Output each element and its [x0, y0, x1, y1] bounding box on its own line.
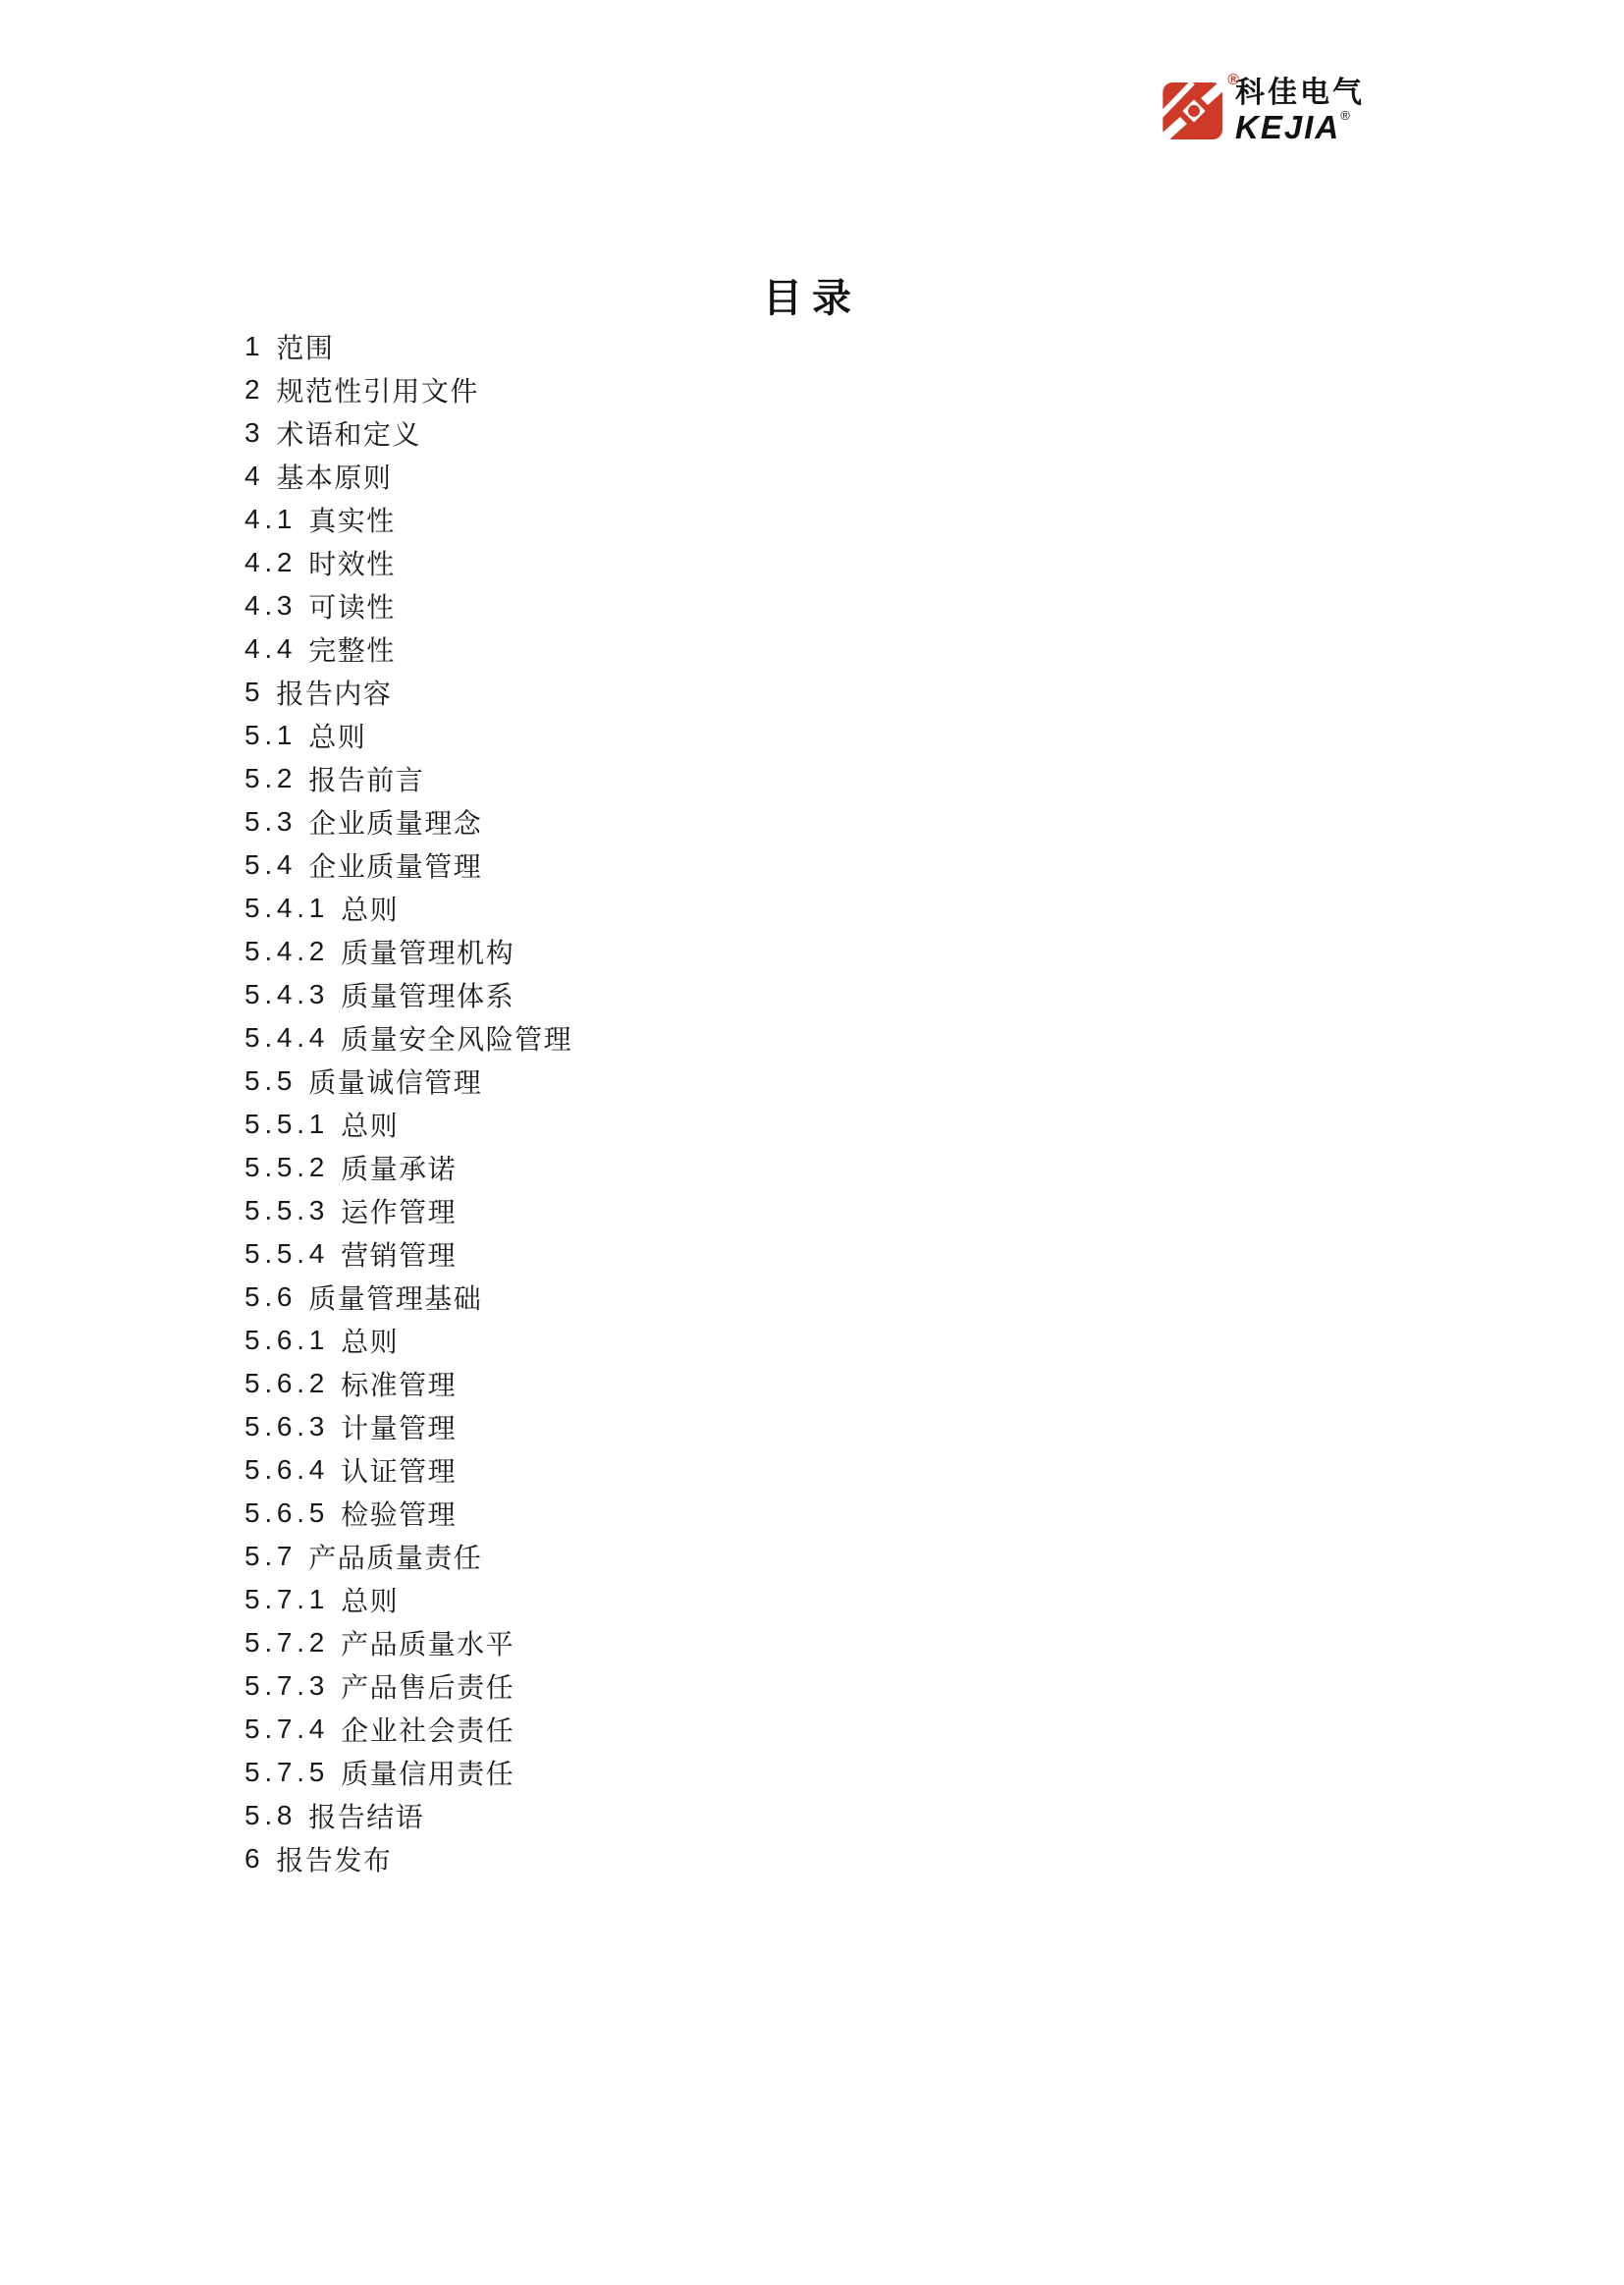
- toc-entry: 5.5.3 运作管理: [244, 1189, 572, 1232]
- toc-entry: 5.1 总则: [244, 714, 572, 757]
- toc-entry-number: 5.8: [244, 1800, 297, 1831]
- toc-entry: 4.3 可读性: [244, 584, 572, 627]
- toc-entry-title: 认证管理: [341, 1450, 457, 1490]
- toc-entry: 5.8 报告结语: [244, 1794, 572, 1837]
- toc-entry: 5.7.5 质量信用责任: [244, 1751, 572, 1794]
- toc-entry-number: 5.2: [244, 763, 297, 794]
- toc-entry-number: 5.6.4: [244, 1454, 329, 1486]
- kejia-logo-mark-icon: [1161, 79, 1227, 143]
- toc-entry: 4.1 真实性: [244, 498, 572, 541]
- toc-entry-title: 质量管理机构: [341, 932, 514, 971]
- toc-entry-title: 报告前言: [308, 759, 424, 798]
- toc-entry-number: 5.7.5: [244, 1757, 329, 1788]
- toc-entry: 3 术语和定义: [244, 411, 572, 455]
- toc-entry-number: 4.1: [244, 504, 297, 535]
- toc-entry: 5.6.4 认证管理: [244, 1448, 572, 1492]
- company-logo: ® 科佳电气 KEJIA ®: [1161, 79, 1365, 143]
- toc-entry-number: 5.6.2: [244, 1368, 329, 1399]
- toc-entry-title: 企业质量管理: [308, 845, 482, 885]
- kejia-logo-icon: ®: [1161, 79, 1227, 143]
- toc-entry: 5 报告内容: [244, 671, 572, 714]
- toc-entry-title: 检验管理: [341, 1494, 457, 1533]
- toc-entry-title: 完整性: [308, 629, 396, 669]
- toc-entry-title: 质量管理基础: [308, 1278, 482, 1317]
- toc-entry: 5.5 质量诚信管理: [244, 1060, 572, 1103]
- toc-entry-number: 5.6.1: [244, 1325, 329, 1356]
- toc-entry-number: 5.7: [244, 1541, 297, 1572]
- toc-entry: 5.6.2 标准管理: [244, 1362, 572, 1405]
- toc-entry: 5.3 企业质量理念: [244, 800, 572, 843]
- toc-entry-number: 5.4.3: [244, 979, 329, 1010]
- toc-entry-number: 5.5.3: [244, 1195, 329, 1226]
- toc-entry-title: 产品质量责任: [308, 1537, 482, 1576]
- toc-entry-number: 5.5.4: [244, 1238, 329, 1270]
- toc-entry-number: 5.5.2: [244, 1152, 329, 1183]
- toc-entry-number: 5.7.1: [244, 1584, 329, 1615]
- toc-entry-number: 5.3: [244, 806, 297, 838]
- toc-entry-number: 5.5: [244, 1065, 297, 1097]
- toc-entry-number: 5: [244, 677, 264, 708]
- toc-entry-title: 产品售后责任: [341, 1666, 514, 1706]
- toc-entry-title: 可读性: [308, 586, 396, 626]
- toc-entry: 2 规范性引用文件: [244, 368, 572, 411]
- toc-entry-title: 产品质量水平: [341, 1623, 514, 1662]
- toc-entry-title: 营销管理: [341, 1234, 457, 1274]
- toc-entry-title: 基本原则: [276, 457, 392, 496]
- logo-chinese-name: 科佳电气: [1235, 79, 1365, 108]
- toc-entry-number: 1: [244, 331, 264, 362]
- toc-entry: 5.7.3 产品售后责任: [244, 1664, 572, 1708]
- toc-entry-title: 质量安全风险管理: [341, 1018, 572, 1058]
- toc-entry-number: 5.6: [244, 1281, 297, 1313]
- toc-entry: 1 范围: [244, 325, 572, 368]
- logo-english-name: KEJIA: [1235, 111, 1340, 143]
- toc-entry: 5.2 报告前言: [244, 757, 572, 800]
- toc-entry-number: 5.4: [244, 849, 297, 881]
- toc-entry: 6 报告发布: [244, 1837, 572, 1880]
- page-title: 目录: [0, 267, 1624, 323]
- toc-entry-number: 6: [244, 1843, 264, 1875]
- toc-entry-number: 4.4: [244, 633, 297, 665]
- registered-trademark-icon: ®: [1340, 109, 1350, 122]
- toc-entry-title: 质量诚信管理: [308, 1061, 482, 1101]
- toc-entry: 5.6.3 计量管理: [244, 1405, 572, 1448]
- toc-entry-title: 运作管理: [341, 1191, 457, 1230]
- toc-entry-title: 质量管理体系: [341, 975, 514, 1014]
- toc-entry: 5.6.1 总则: [244, 1319, 572, 1362]
- toc-entry: 5.5.4 营销管理: [244, 1232, 572, 1276]
- toc-entry-title: 总则: [341, 1321, 399, 1360]
- toc-entry-number: 4: [244, 461, 264, 492]
- toc-entry: 5.4.2 质量管理机构: [244, 930, 572, 973]
- toc-entry-number: 5.4.1: [244, 893, 329, 924]
- toc-entry-title: 规范性引用文件: [276, 370, 479, 409]
- toc-entry-title: 总则: [341, 1580, 399, 1619]
- toc-entry-number: 5.5.1: [244, 1109, 329, 1140]
- toc-entry: 5.4.3 质量管理体系: [244, 973, 572, 1016]
- toc-entry-number: 5.7.4: [244, 1714, 329, 1745]
- toc-entry-number: 5.1: [244, 720, 297, 751]
- toc-entry-title: 质量信用责任: [341, 1753, 514, 1792]
- toc-entry: 5.7.2 产品质量水平: [244, 1621, 572, 1664]
- toc-entry-title: 时效性: [308, 543, 396, 582]
- toc-entry: 4.4 完整性: [244, 627, 572, 671]
- toc-entry-number: 4.2: [244, 547, 297, 578]
- toc-entry-number: 5.7.3: [244, 1670, 329, 1702]
- toc-entry-number: 5.4.2: [244, 936, 329, 967]
- toc-entry-number: 5.6.3: [244, 1411, 329, 1442]
- table-of-contents: 1 范围 2 规范性引用文件 3 术语和定义 4 基本原则 4.1 真实性 4.…: [244, 325, 572, 1880]
- toc-entry: 4.2 时效性: [244, 541, 572, 584]
- toc-entry-title: 总则: [308, 716, 366, 755]
- document-page: ® 科佳电气 KEJIA ® 目录 1 范围 2 规范性引用文件 3 术语和定义…: [0, 0, 1624, 2285]
- toc-entry-title: 报告结语: [308, 1796, 424, 1835]
- toc-entry: 5.4 企业质量管理: [244, 843, 572, 887]
- toc-entry-title: 企业质量理念: [308, 802, 482, 842]
- toc-entry-title: 总则: [341, 889, 399, 928]
- toc-entry-title: 范围: [276, 327, 334, 366]
- toc-entry: 5.6 质量管理基础: [244, 1276, 572, 1319]
- toc-entry-title: 计量管理: [341, 1407, 457, 1446]
- toc-entry-number: 3: [244, 417, 264, 449]
- toc-entry-number: 5.4.4: [244, 1022, 329, 1054]
- toc-entry: 5.6.5 检验管理: [244, 1492, 572, 1535]
- toc-entry: 5.5.1 总则: [244, 1103, 572, 1146]
- toc-entry: 5.7.1 总则: [244, 1578, 572, 1621]
- toc-entry: 4 基本原则: [244, 455, 572, 498]
- toc-entry-number: 2: [244, 374, 264, 406]
- toc-entry-title: 术语和定义: [276, 413, 421, 453]
- toc-entry-title: 真实性: [308, 500, 396, 539]
- toc-entry-number: 5.6.5: [244, 1497, 329, 1529]
- toc-entry-title: 总则: [341, 1105, 399, 1144]
- toc-entry-title: 企业社会责任: [341, 1710, 514, 1749]
- logo-text: 科佳电气 KEJIA ®: [1235, 79, 1365, 143]
- toc-entry-number: 5.7.2: [244, 1627, 329, 1659]
- toc-entry: 5.4.1 总则: [244, 887, 572, 930]
- toc-entry-title: 报告内容: [276, 673, 392, 712]
- toc-entry: 5.7.4 企业社会责任: [244, 1708, 572, 1751]
- toc-entry-number: 4.3: [244, 590, 297, 622]
- toc-entry-title: 标准管理: [341, 1364, 457, 1403]
- toc-entry-title: 报告发布: [276, 1839, 392, 1878]
- toc-entry: 5.4.4 质量安全风险管理: [244, 1016, 572, 1060]
- toc-entry-title: 质量承诺: [341, 1148, 457, 1187]
- toc-entry: 5.5.2 质量承诺: [244, 1146, 572, 1189]
- toc-entry: 5.7 产品质量责任: [244, 1535, 572, 1578]
- registered-trademark-icon: ®: [1227, 73, 1239, 88]
